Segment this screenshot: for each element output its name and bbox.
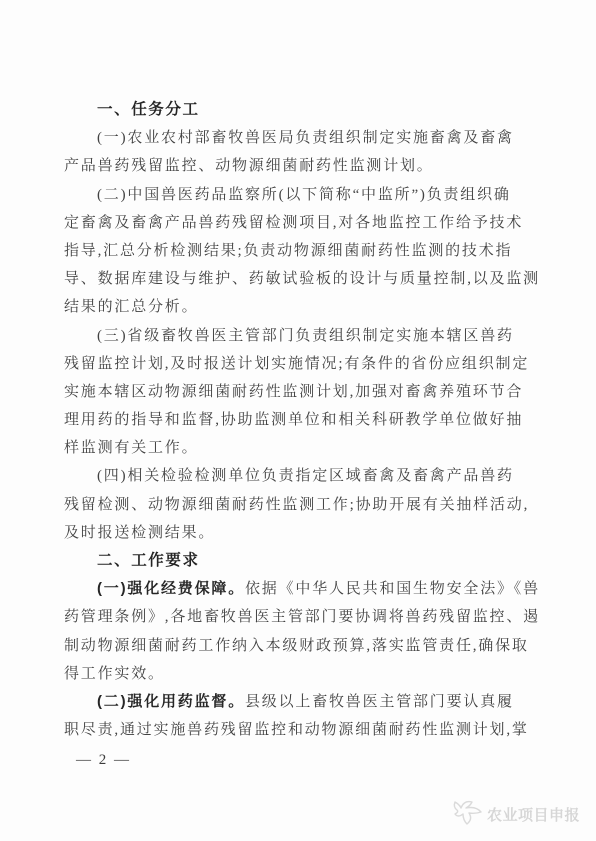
text-line: (二)强化用药监督。县级以上畜牧兽医主管部门要认真履 bbox=[64, 688, 538, 716]
text-line: 理用药的指导和监督,协助监测单位和相关科研教学单位做好抽 bbox=[64, 406, 538, 434]
text-line: (四)相关检验检测单位负责指定区域畜禽及畜禽产品兽药 bbox=[64, 462, 538, 490]
text-line: (三)省级畜牧兽医主管部门负责组织制定实施本辖区兽药 bbox=[64, 322, 538, 350]
text-line: 结果的汇总分析。 bbox=[64, 293, 538, 321]
document-body: 一、任务分工(一)农业农村部畜牧兽医局负责组织制定实施畜禽及畜禽产品兽药残留监控… bbox=[64, 96, 538, 744]
section-heading: 一、任务分工 bbox=[64, 96, 538, 124]
text-run: 县级以上畜牧兽医主管部门要认真履 bbox=[245, 694, 514, 710]
text-line: (二)中国兽医药品监察所(以下简称“中监所”)负责组织确 bbox=[64, 181, 538, 209]
text-line: 得工作实效。 bbox=[64, 660, 538, 688]
text-line: 职尽责,通过实施兽药残留监控和动物源细菌耐药性监测计划,掌 bbox=[64, 716, 538, 744]
text-line: 样监测有关工作。 bbox=[64, 434, 538, 462]
bold-run: (二)强化用药监督。 bbox=[97, 693, 245, 710]
text-line: 导、数据库建设与维护、药敏试验板的设计与质量控制,以及监测 bbox=[64, 265, 538, 293]
section-heading: 二、工作要求 bbox=[64, 547, 538, 575]
text-line: (一)强化经费保障。依据《中华人民共和国生物安全法》《兽 bbox=[64, 575, 538, 603]
text-line: 产品兽药残留监控、动物源细菌耐药性监测计划。 bbox=[64, 152, 538, 180]
page-number: — 2 — bbox=[76, 752, 131, 769]
text-line: 及时报送检测结果。 bbox=[64, 519, 538, 547]
bird-logo-icon bbox=[452, 797, 484, 832]
text-line: 制动物源细菌耐药工作纳入本级财政预算,落实监管责任,确保取 bbox=[64, 632, 538, 660]
watermark: 农业项目申报 bbox=[452, 797, 580, 832]
text-line: 残留检测、动物源细菌耐药性监测工作;协助开展有关抽样活动, bbox=[64, 491, 538, 519]
text-line: (一)农业农村部畜牧兽医局负责组织制定实施畜禽及畜禽 bbox=[64, 124, 538, 152]
text-run: 依据《中华人民共和国生物安全法》《兽 bbox=[245, 581, 540, 597]
text-line: 实施本辖区动物源细菌耐药性监测计划,加强对畜禽养殖环节合 bbox=[64, 378, 538, 406]
text-line: 药管理条例》,各地畜牧兽医主管部门要协调将兽药残留监控、遏 bbox=[64, 603, 538, 631]
bold-run: (一)强化经费保障。 bbox=[97, 580, 245, 597]
text-line: 定畜禽及畜禽产品兽药残留检测项目,对各地监控工作给予技术 bbox=[64, 209, 538, 237]
text-line: 残留监控计划,及时报送计划实施情况;有条件的省份应组织制定 bbox=[64, 350, 538, 378]
document-page: 一、任务分工(一)农业农村部畜牧兽医局负责组织制定实施畜禽及畜禽产品兽药残留监控… bbox=[0, 0, 596, 841]
watermark-label: 农业项目申报 bbox=[487, 804, 580, 825]
text-line: 指导,汇总分析检测结果;负责动物源细菌耐药性监测的技术指 bbox=[64, 237, 538, 265]
